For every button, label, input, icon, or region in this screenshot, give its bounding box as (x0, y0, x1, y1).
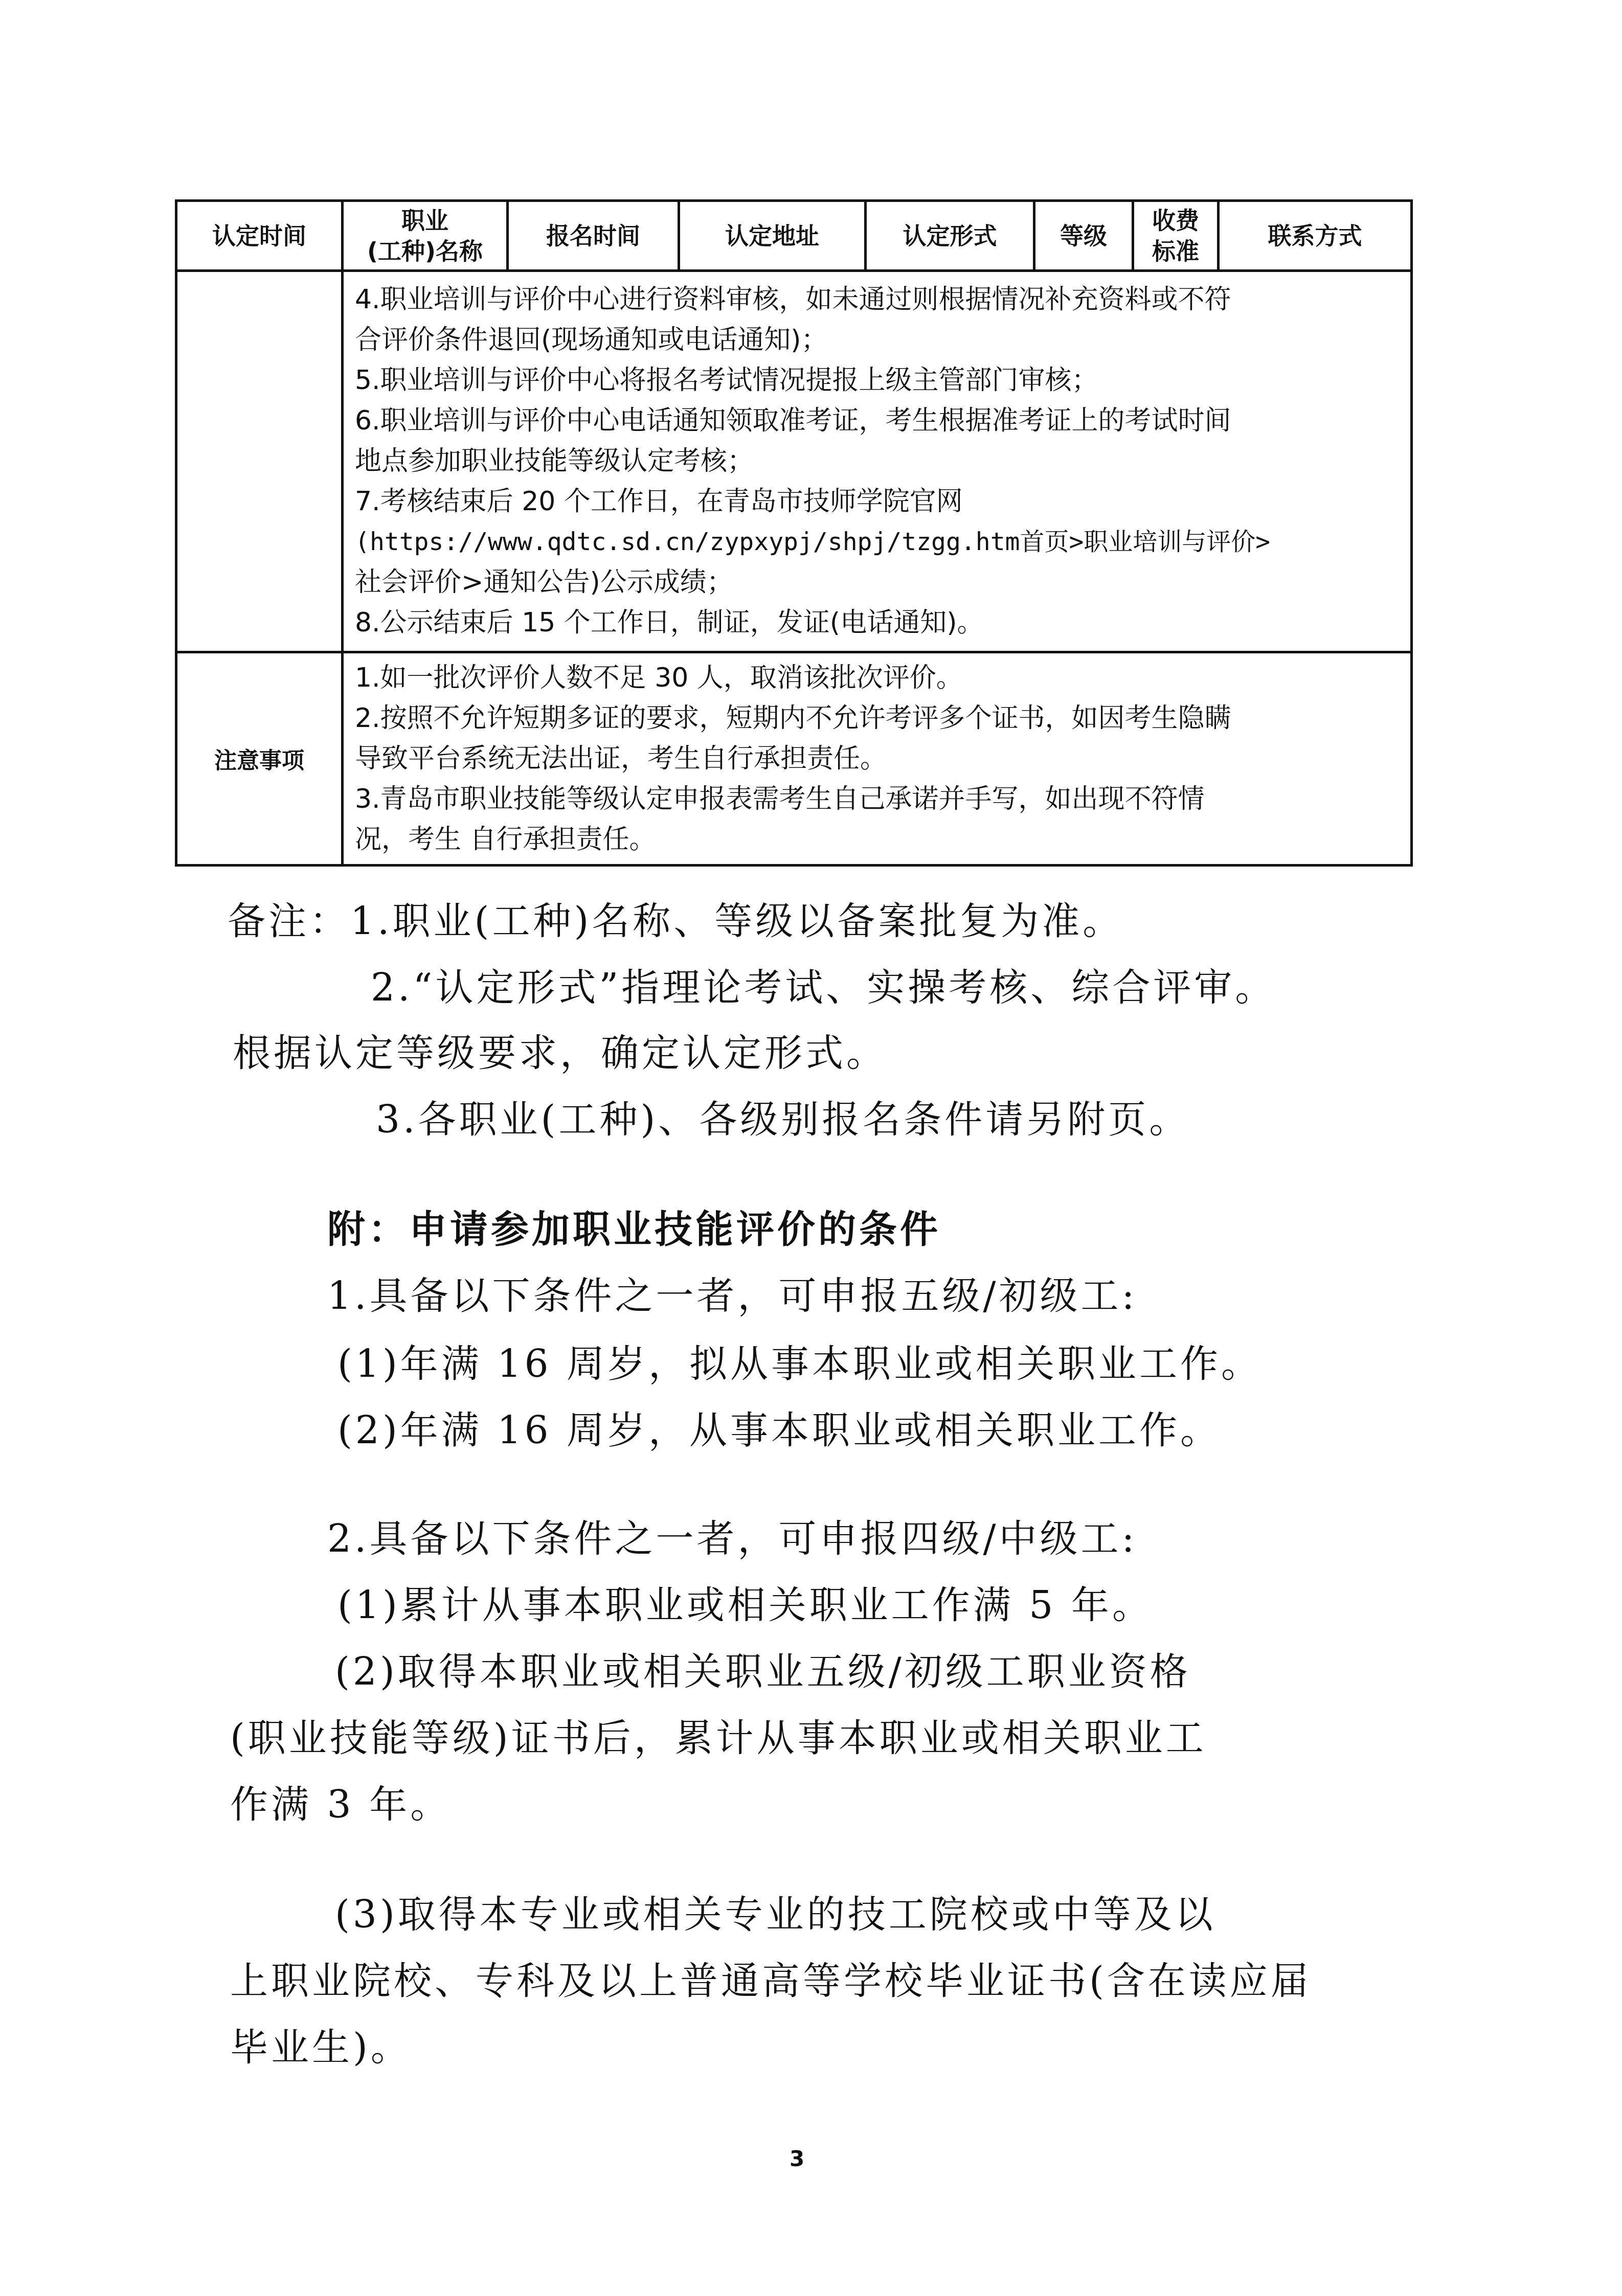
remark-line-4: 3.各职业(工种)、各级别报名条件请另附页。 (376, 1094, 1190, 1145)
note-line: 导致平台系统无法出证，考生自行承担责任。 (355, 739, 1401, 779)
header-label: 等级 (1060, 222, 1107, 249)
appendix-section-2-item-cont: 毕业生)。 (230, 2022, 412, 2073)
table-row-notes: 注意事项 1.如一批次评价人数不足 30 人，取消该批次评价。 2.按照不允许短… (176, 652, 1412, 866)
process-line: 8.公示结束后 15 个工作日，制证，发证(电话通知)。 (355, 603, 1401, 643)
appendix-section-2-heading: 2.具备以下条件之一者，可申报四级/中级工: (327, 1513, 1137, 1564)
appendix-section-2-item-cont: 作满 3 年。 (230, 1779, 451, 1830)
certification-table: 认定时间 职业 (工种)名称 报名时间 认定地址 认定形式 等级 收费 标准 联… (175, 199, 1413, 867)
row-label-process (176, 271, 343, 652)
process-line: 合评价条件退回(现场通知或电话通知)； (355, 320, 1401, 360)
note-line: 3.青岛市职业技能等级认定申报表需考生自己承诺并手写，如出现不符情 (355, 779, 1401, 820)
process-line: 7.考核结束后 20 个工作日，在青岛市技师学院官网 (355, 482, 1401, 522)
notes-cell: 1.如一批次评价人数不足 30 人，取消该批次评价。 2.按照不允许短期多证的要… (343, 652, 1412, 866)
appendix-title: 附：申请参加职业技能评价的条件 (327, 1204, 941, 1255)
header-cert-address: 认定地址 (679, 201, 866, 271)
process-url-line: (https://www.qdtc.sd.cn/zypxypj/shpj/tzg… (355, 522, 1401, 562)
appendix-section-2-item: (1)累计从事本职业或相关职业工作满 5 年。 (337, 1580, 1153, 1631)
appendix-section-2-item: (3)取得本专业或相关专业的技工院校或中等及以 (335, 1889, 1216, 1940)
process-steps: 4.职业培训与评价中心进行资料审核，如未通过则根据情况补充资料或不符 合评价条件… (344, 277, 1410, 646)
note-line: 况，考生 自行承担责任。 (355, 820, 1401, 860)
remark-line-2: 2.“认定形式”指理论考试、实操考核、综合评审。 (371, 962, 1276, 1013)
header-label: 认定时间 (212, 222, 306, 249)
appendix-section-1-item: (2)年满 16 周岁，从事本职业或相关职业工作。 (337, 1405, 1221, 1456)
header-level: 等级 (1034, 201, 1133, 271)
header-label: (工种)名称 (344, 236, 506, 266)
page-number: 3 (790, 2146, 804, 2171)
header-registration-time: 报名时间 (508, 201, 679, 271)
process-line: 5.职业培训与评价中心将报名考试情况提报上级主管部门审核； (355, 360, 1401, 401)
header-contact: 联系方式 (1219, 201, 1412, 271)
note-line: 1.如一批次评价人数不足 30 人，取消该批次评价。 (355, 658, 1401, 698)
header-occupation-name: 职业 (工种)名称 (343, 201, 508, 271)
appendix-section-2-item-cont: 上职业院校、专科及以上普通高等学校毕业证书(含在读应届 (230, 1956, 1312, 2007)
process-steps-cell: 4.职业培训与评价中心进行资料审核，如未通过则根据情况补充资料或不符 合评价条件… (343, 271, 1412, 652)
appendix-section-1-item: (1)年满 16 周岁，拟从事本职业或相关职业工作。 (337, 1338, 1262, 1390)
process-line: 社会评价>通知公告)公示成绩； (355, 562, 1401, 603)
header-label: 收费 (1134, 205, 1217, 236)
process-line: 6.职业培训与评价中心电话通知领取准考证，考生根据准考证上的考试时间 (355, 401, 1401, 441)
table-row-process: 4.职业培训与评价中心进行资料审核，如未通过则根据情况补充资料或不符 合评价条件… (176, 271, 1412, 652)
process-line: 4.职业培训与评价中心进行资料审核，如未通过则根据情况补充资料或不符 (355, 280, 1401, 320)
header-label: 认定地址 (725, 222, 819, 249)
header-cert-time: 认定时间 (176, 201, 343, 271)
process-line: 地点参加职业技能等级认定考核； (355, 441, 1401, 482)
row-label-notes: 注意事项 (176, 652, 343, 866)
appendix-section-1-heading: 1.具备以下条件之一者，可申报五级/初级工: (327, 1270, 1137, 1322)
header-label: 报名时间 (546, 222, 640, 249)
appendix-section-2-item-cont: (职业技能等级)证书后，累计从事本职业或相关职业工 (230, 1713, 1207, 1764)
appendix-section-2-item: (2)取得本职业或相关职业五级/初级工职业资格 (335, 1646, 1191, 1697)
header-label: 联系方式 (1268, 222, 1362, 249)
header-label: 职业 (344, 205, 506, 236)
header-label: 标准 (1134, 236, 1217, 266)
remark-line-3: 根据认定等级要求，确定认定形式。 (233, 1028, 887, 1079)
header-fee-standard: 收费 标准 (1133, 201, 1219, 271)
remark-line-1: 备注：1.职业(工种)名称、等级以备案批复为准。 (228, 896, 1123, 947)
header-label: 认定形式 (903, 222, 997, 249)
notes-list: 1.如一批次评价人数不足 30 人，取消该批次评价。 2.按照不允许短期多证的要… (344, 655, 1410, 863)
table-header-row: 认定时间 职业 (工种)名称 报名时间 认定地址 认定形式 等级 收费 标准 联… (176, 201, 1412, 271)
note-line: 2.按照不允许短期多证的要求，短期内不允许考评多个证书，如因考生隐瞒 (355, 698, 1401, 739)
header-cert-format: 认定形式 (866, 201, 1034, 271)
